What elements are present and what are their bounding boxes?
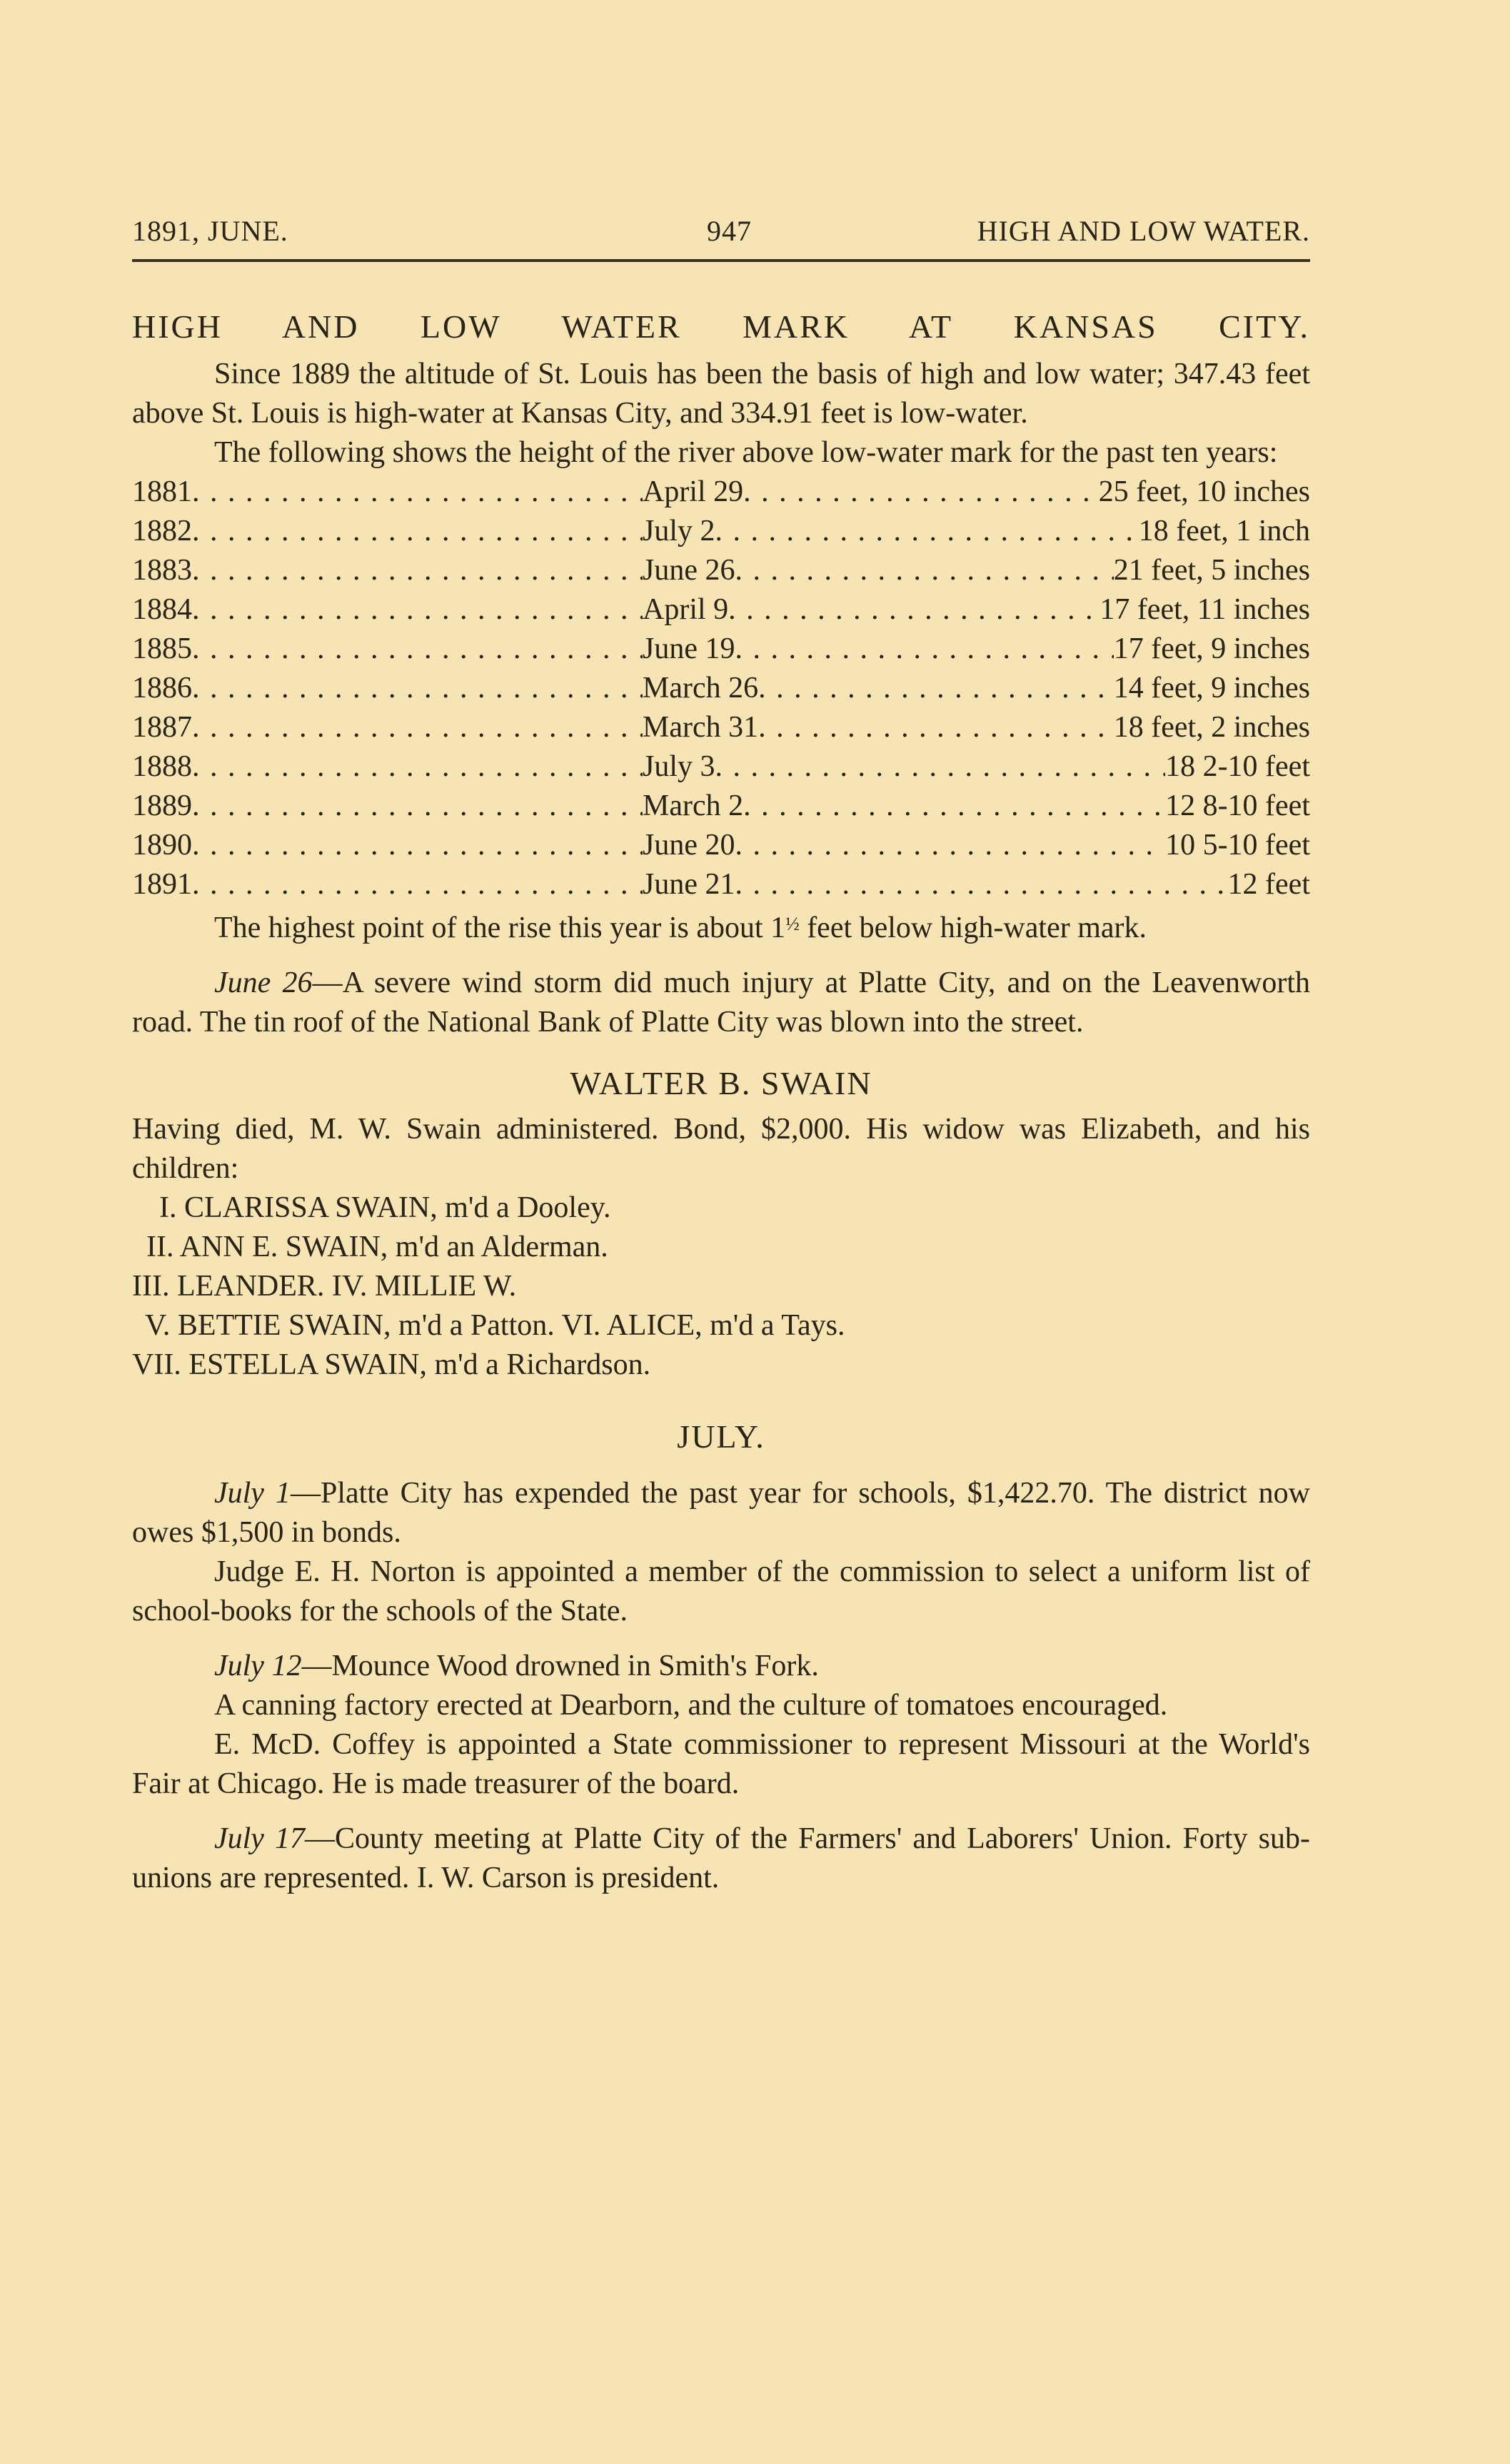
running-head-date: 1891, JUNE. <box>132 214 288 248</box>
july-entry: July 17—County meeting at Platte City of… <box>132 1819 1310 1898</box>
table-row: 1882July 218 feet, 1 inch <box>132 512 1310 551</box>
list-item: II. ANN E. SWAIN, m'd an Alderman. <box>132 1228 1310 1267</box>
water-level-table: 1881April 2925 feet, 10 inches 1882July … <box>132 473 1310 904</box>
june-26-entry: June 26—A severe wind storm did much inj… <box>132 964 1310 1042</box>
table-row: 1891June 2112 feet <box>132 865 1310 904</box>
table-row: 1883June 2621 feet, 5 inches <box>132 551 1310 590</box>
page-content: HIGH AND LOW WATER MARK AT KANSAS CITY. … <box>132 307 1310 1898</box>
table-row: 1889March 212 8-10 feet <box>132 787 1310 826</box>
list-item: VII. ESTELLA SWAIN, m'd a Richardson. <box>132 1345 1310 1385</box>
running-head-title: HIGH AND LOW WATER. <box>977 214 1310 248</box>
swain-paragraph: Having died, M. W. Swain administered. B… <box>132 1110 1310 1188</box>
table-row: 1885June 1917 feet, 9 inches <box>132 630 1310 669</box>
intro-paragraph-2: The following shows the height of the ri… <box>132 433 1310 473</box>
swain-heading: WALTER B. SWAIN <box>132 1064 1310 1103</box>
list-item: I. CLARISSA SWAIN, m'd a Dooley. <box>132 1188 1310 1228</box>
table-row: 1884April 917 feet, 11 inches <box>132 590 1310 630</box>
children-list: I. CLARISSA SWAIN, m'd a Dooley. II. ANN… <box>132 1188 1310 1385</box>
table-row: 1881April 2925 feet, 10 inches <box>132 473 1310 512</box>
list-item: III. LEANDER. IV. MILLIE W. <box>132 1267 1310 1306</box>
table-row: 1890June 2010 5-10 feet <box>132 826 1310 865</box>
intro-paragraph: Since 1889 the altitude of St. Louis has… <box>132 355 1310 433</box>
entry-date: June 26 <box>214 966 313 999</box>
closing-paragraph: The highest point of the rise this year … <box>132 904 1310 948</box>
july-entry: Judge E. H. Norton is appointed a member… <box>132 1552 1310 1631</box>
section-title: HIGH AND LOW WATER MARK AT KANSAS CITY. <box>132 307 1310 346</box>
july-heading: JULY. <box>132 1417 1310 1456</box>
header-rule <box>132 259 1310 262</box>
table-row: 1886March 2614 feet, 9 inches <box>132 669 1310 708</box>
page-number: 947 <box>707 214 752 248</box>
table-row: 1887March 3118 feet, 2 inches <box>132 708 1310 747</box>
table-row: 1888July 318 2-10 feet <box>132 747 1310 787</box>
july-entry: July 12—Mounce Wood drowned in Smith's F… <box>132 1647 1310 1686</box>
list-item: V. BETTIE SWAIN, m'd a Patton. VI. ALICE… <box>132 1306 1310 1345</box>
july-entry: E. McD. Coffey is appointed a State comm… <box>132 1725 1310 1804</box>
july-entry: A canning factory erected at Dearborn, a… <box>132 1686 1310 1725</box>
july-entry: July 1—Platte City has expended the past… <box>132 1474 1310 1552</box>
